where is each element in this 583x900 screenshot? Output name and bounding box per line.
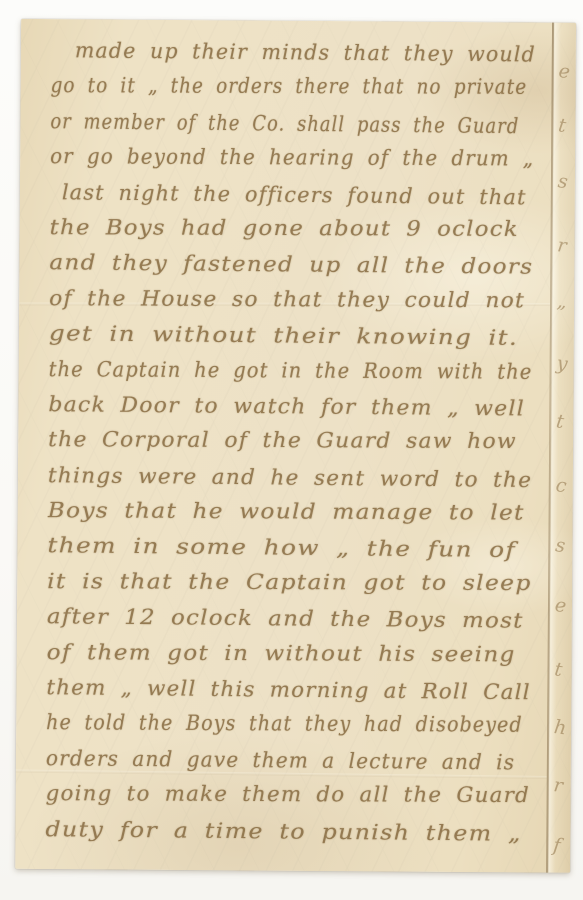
ink-fragment: t [555,410,565,433]
letter-line: made up their minds that they would [51,33,550,72]
letter-line: them in some how „ the fun of [47,529,546,568]
letter-line: after 12 oclock and the Boys most [47,599,546,638]
ink-fragment: f [552,834,562,857]
letter-line: duty for a time to punish them „ [45,812,544,851]
adjacent-page-strip: etsr„ytcsethrf [546,23,576,873]
letter-line: he told the Boys that they had disobeyed [46,706,545,745]
letter-line: and they fastened up all the doors [49,245,548,284]
ink-fragment: y [555,352,568,375]
letter-line: going to make them do all the Guard [46,776,545,815]
letter-line: of them got in without his seeing [47,635,546,674]
letter-line: the Captain he got in the Room with the [49,352,548,391]
ink-fragment: s [554,534,567,557]
letter-line: Boys that he would manage to let [48,493,547,532]
letter-line: of the House so that they could not [49,281,548,320]
letter-body-text: made up their minds that they wouldgo to… [45,33,550,864]
letter-line: back Door to watch for them „ well [48,387,547,426]
letter-line: things were and he sent word to the [48,458,547,497]
letter-line: or go beyond the hearing of the drum „ [50,139,549,178]
scanned-letter: made up their minds that they wouldgo to… [0,0,583,900]
ink-fragment: r [552,774,564,797]
letter-line: it is that the Captain got to sleep [47,564,546,603]
ink-fragment: s [557,170,570,193]
letter-line: orders and gave them a lecture and is [46,741,545,780]
letter-line: them „ well this morning at Roll Call [46,670,545,709]
ink-fragment: t [553,658,563,681]
ink-fragment: r [556,234,568,257]
letter-line: the Boys had gone about 9 oclock [50,210,549,249]
letter-page: made up their minds that they wouldgo to… [15,19,576,873]
ink-fragment: e [554,594,568,617]
letter-line: last night the officers found out that [50,175,549,214]
ink-fragment: e [557,60,571,83]
letter-line: get in without their knowing it. [49,316,548,355]
letter-line: the Corporal of the Guard saw how [48,422,547,461]
ink-fragment: h [553,716,568,739]
ink-fragment: t [557,114,567,137]
letter-line: go to it „ the orders there that no priv… [50,69,549,108]
ink-fragment: c [554,474,567,497]
letter-line: or member of the Co. shall pass the Guar… [50,104,549,143]
ink-fragment: „ [556,290,569,313]
